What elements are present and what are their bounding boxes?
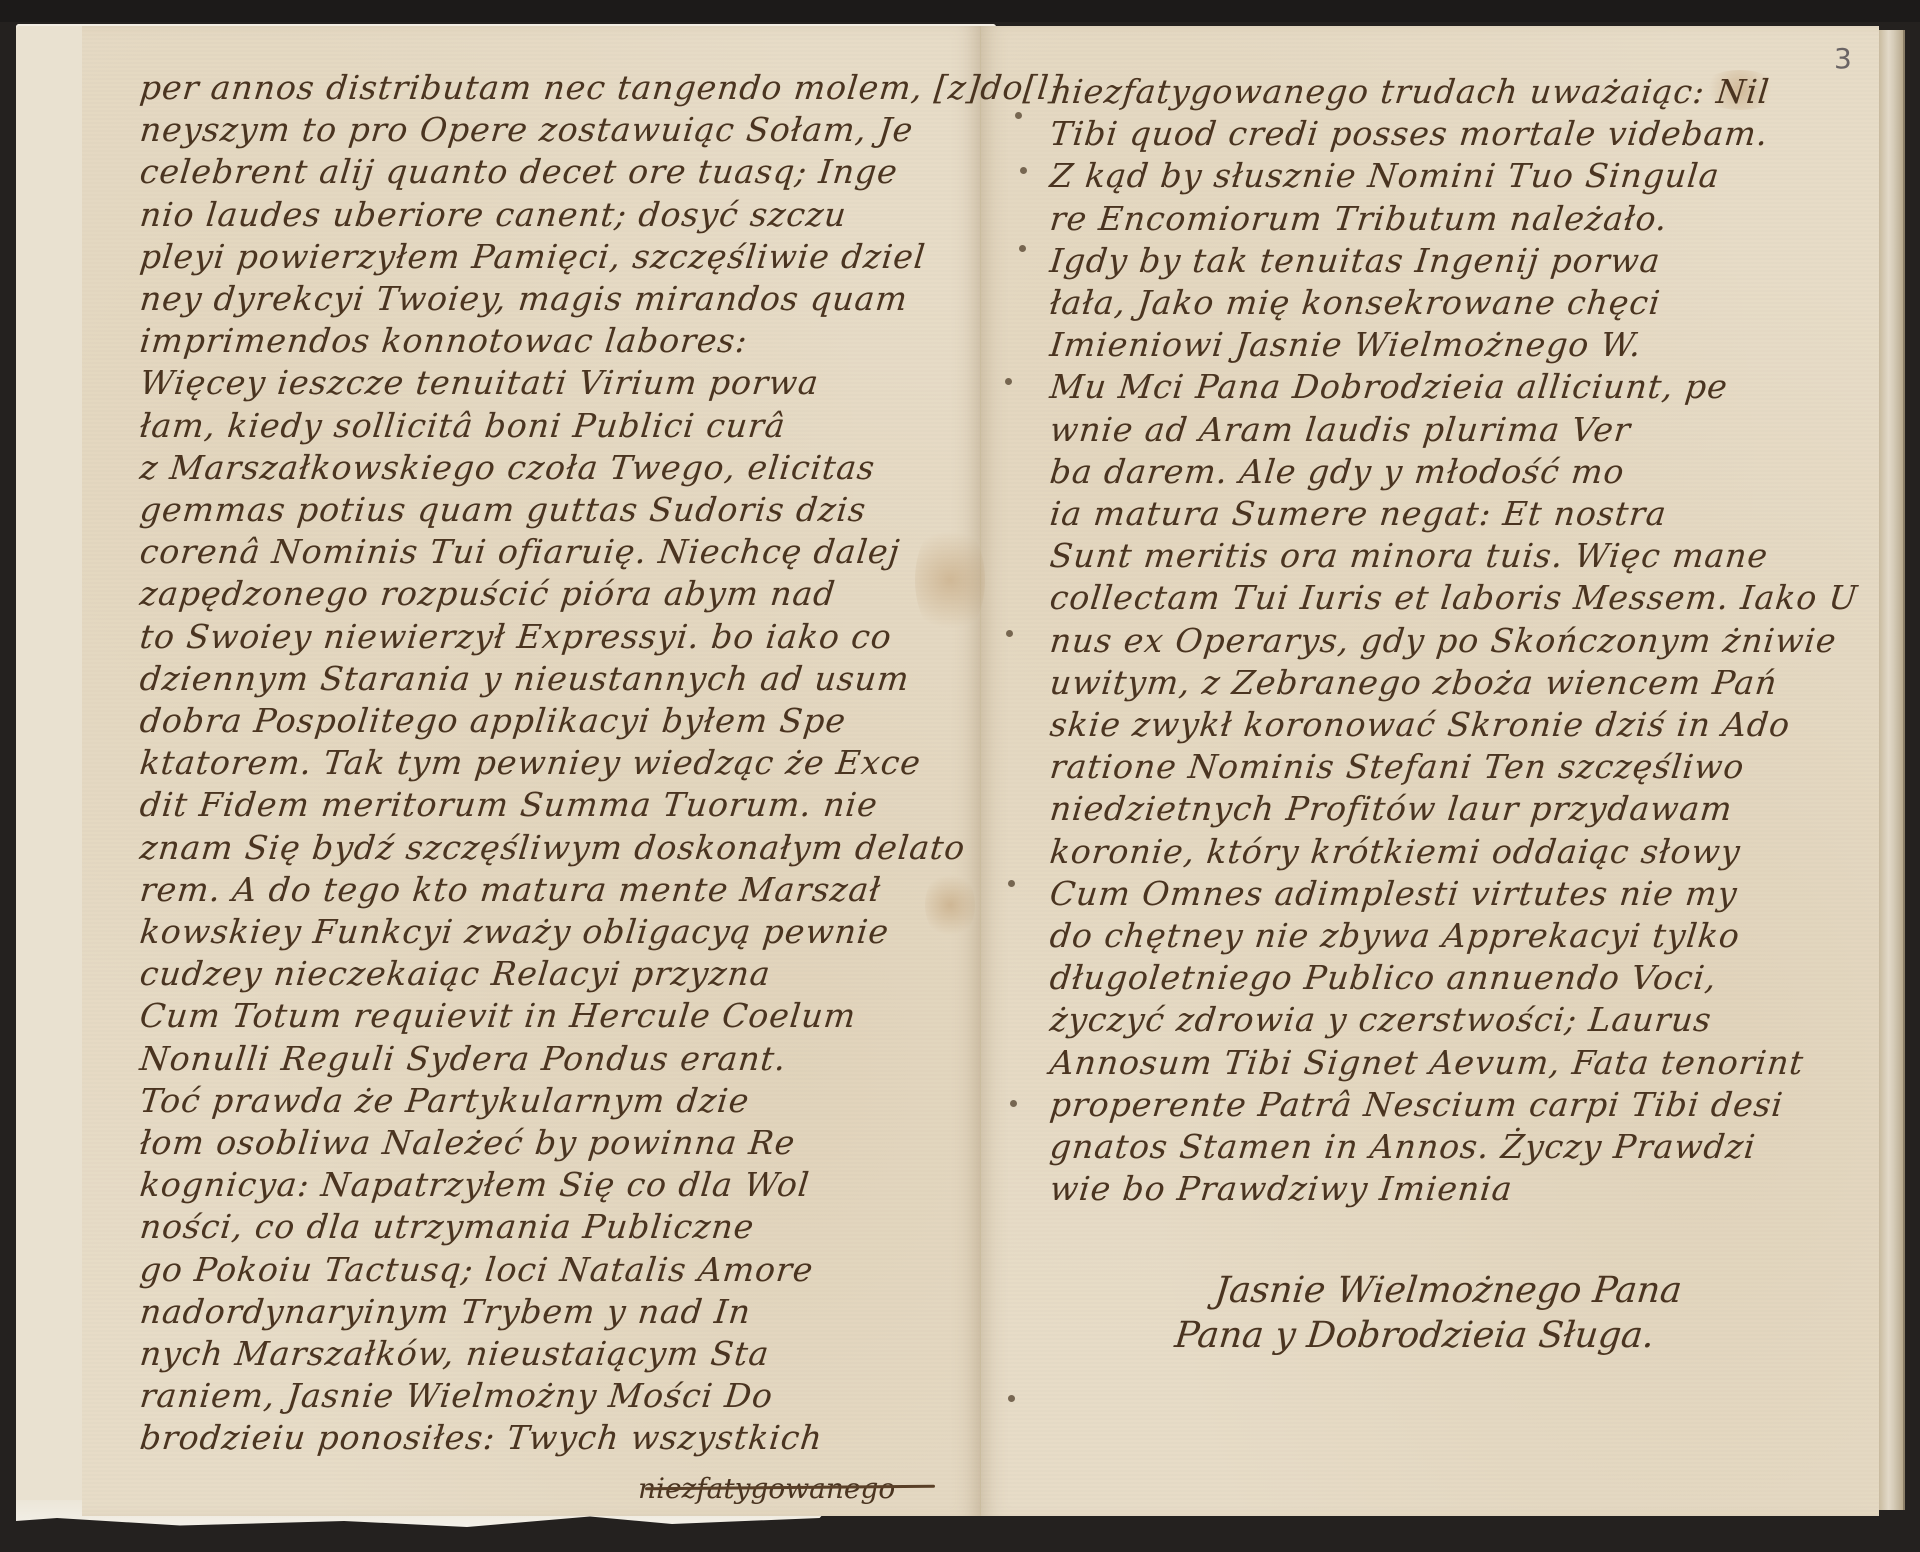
closing-salutation-line-1: Jasnie Wielmożnego Pana (1213, 1270, 1684, 1311)
binding-hole (1006, 630, 1013, 637)
page-number: 3 (1834, 42, 1852, 75)
page-stack-edge (1879, 30, 1905, 1510)
foxing-stain (915, 520, 985, 640)
foxing-stain (925, 870, 975, 940)
binding-hole (1008, 880, 1015, 887)
binding-hole (1008, 1395, 1015, 1402)
binding-hole (1019, 245, 1026, 252)
closing-salutation-line-2: Pana y Dobrodzieia Sługa. (1173, 1315, 1656, 1356)
scan-background (0, 0, 1920, 22)
binding-hole (1015, 112, 1022, 119)
binding-hole (1005, 378, 1012, 385)
binding-hole (1020, 167, 1027, 174)
binding-hole (1010, 1100, 1017, 1107)
